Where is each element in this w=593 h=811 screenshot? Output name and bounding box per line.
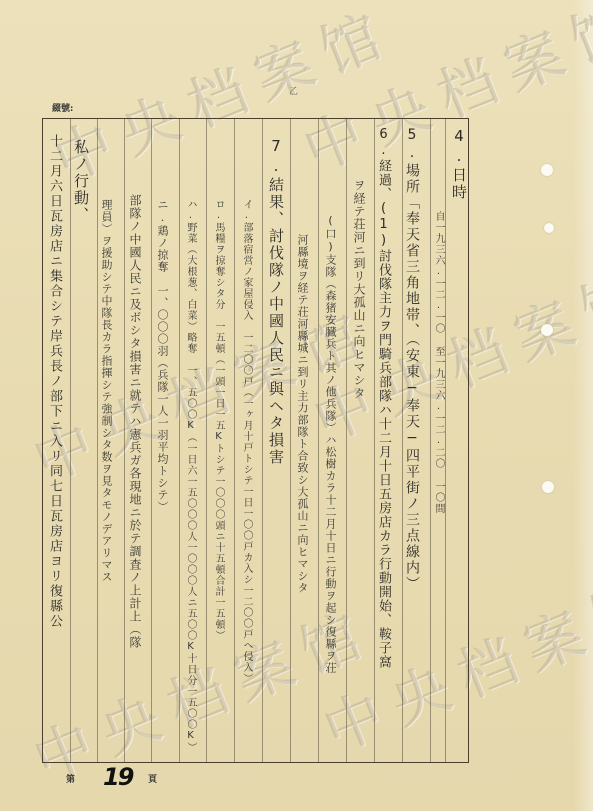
grid-line: [179, 119, 180, 762]
unit-note: 部隊ノ中國人民ニ及ボシタ損害ニ就テハ憲兵ガ各現地ニ於テ調査ノ上計上（隊: [129, 194, 141, 754]
grid-line: [124, 119, 125, 762]
punch-hole: [542, 481, 554, 493]
grid-line: [402, 119, 403, 762]
date-range: 自一九三六.一二.一〇 至一九三六.一二.二〇 一〇間: [433, 211, 443, 751]
result-item-2: ロ.馬糧ヲ掠奪シタ分 一五頓（一頭一日一五Kトシテ一〇〇〇頭ニ十五頓合計一五頓）: [213, 199, 223, 759]
document-page: 中央档案馆 中央档案馆 中央档案馆 中央档案馆 中央档案馆 中央档案馆 綴號: …: [0, 0, 593, 811]
result-item-1: イ.部落宿営ノ家屋侵入 一二〇〇戸（一ヶ月十戸トシテ一日一〇〇戸カ入シ一二〇〇戸…: [241, 199, 251, 759]
punch-hole: [541, 324, 553, 336]
result-item-3: ハ.野菜（大根葱、白菜）略奪 一、五〇〇K（一日六一五〇〇〇人一〇〇〇人ニ五〇〇…: [185, 199, 195, 759]
page-prefix: 第: [66, 772, 75, 785]
grid-line: [234, 119, 235, 762]
grid-line: [97, 119, 98, 762]
punch-hole: [544, 223, 554, 233]
page-number: 19: [103, 763, 132, 791]
grid-line: [206, 119, 207, 762]
grid-line: [445, 119, 446, 762]
my-action-heading: 私ノ行動、: [73, 139, 88, 339]
course-line-3b: 河縣境ヲ経テ荘河縣城ニ到リ主力部隊ト合致シ大孤山ニ向ヒマシタ: [297, 234, 308, 734]
pencil-note: 乙: [286, 86, 299, 95]
grid-line: [70, 119, 71, 762]
file-number-label: 綴號:: [52, 101, 73, 114]
grid-line: [318, 119, 319, 762]
grid-line: [290, 119, 291, 762]
page-suffix: 頁: [148, 772, 157, 785]
manuscript-grid: 4.日時 自一九三六.一二.一〇 至一九三六.一二.二〇 一〇間 5.場所「奉天…: [42, 118, 469, 763]
date-heading: 4.日時: [451, 127, 466, 207]
my-action-text: 十二月六日瓦房店ニ集合シテ岸兵長ノ部下ニ入リ同七日瓦房店ヨリ復縣公: [48, 134, 61, 759]
grid-line: [346, 119, 347, 762]
result-item-4: ニ.鶏ノ掠奪 一、〇〇〇羽（兵隊一人一羽平均トシテ）: [157, 199, 168, 719]
punch-hole: [541, 164, 553, 176]
course-line-3a: (口)支隊（森猪安臓兵ト其ノ他兵隊）ハ松樹カラ十二月十日ニ行動ヲ起シ復縣ヲ荘: [325, 214, 336, 754]
result-heading: 7.結果、討伐隊ノ中國人民ニ與ヘタ損害: [268, 137, 283, 477]
course-line: 6.経過、(1)討伐隊主力ヲ門騎兵部隊ハ十二月十日五房店カラ行動開始、鞍子窩: [377, 127, 390, 757]
course-line-2: ヲ経テ荘河ニ到リ大孤山ニ向ヒマシタ: [353, 179, 365, 419]
unit-note-2: 理員）ヲ援助シテ中隊長カラ指揮シテ強制シタ数ヲ見タモノデアリマス: [101, 199, 112, 759]
grid-line: [262, 119, 263, 762]
grid-line: [151, 119, 152, 762]
grid-line: [374, 119, 375, 762]
place-line: 5.場所「奉天省三角地帯、（安東−奉天−四平街ノ三点線内）: [405, 127, 419, 757]
grid-line: [430, 119, 431, 762]
